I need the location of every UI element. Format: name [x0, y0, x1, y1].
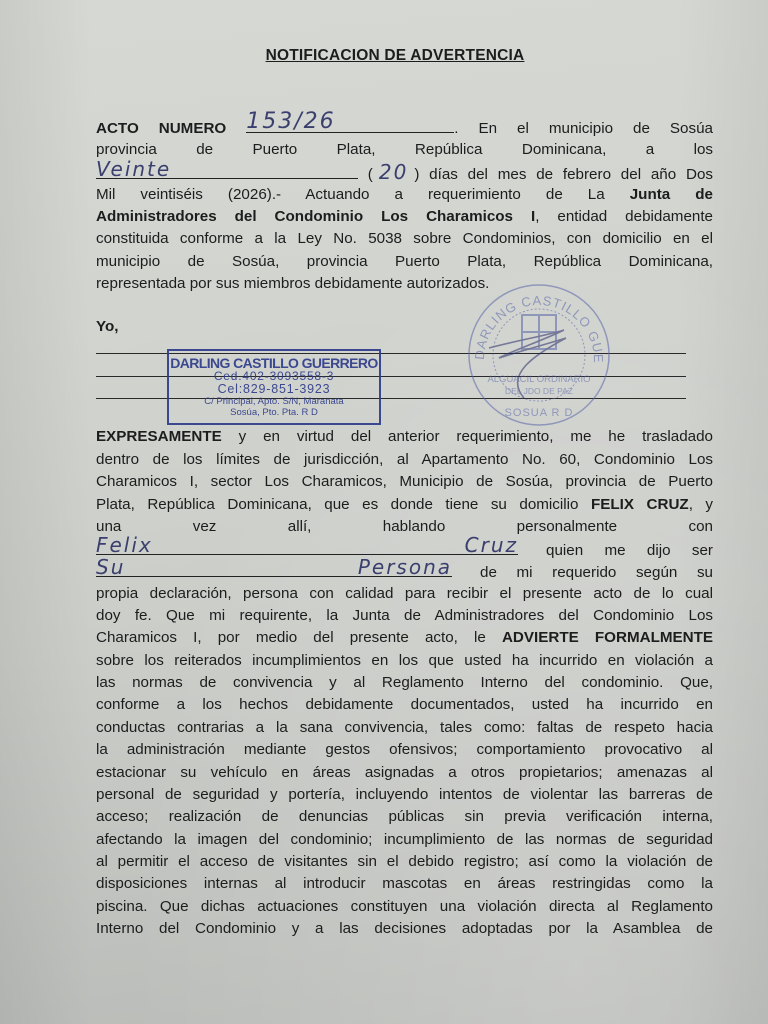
- doc-line: Interno del Condominio y a las decisione…: [96, 918, 713, 940]
- doc-line: Mil veintiséis (2026).- Actuando a reque…: [96, 184, 713, 206]
- svg-text:DEL JDO DE PAZ: DEL JDO DE PAZ: [505, 386, 573, 396]
- doc-line: sobre los reiterados incumplimientos en …: [96, 650, 713, 672]
- stamp-address-1: C/ Principal, Apto. S/N, Maranata: [169, 396, 379, 407]
- acto-label: ACTO NUMERO: [96, 120, 226, 137]
- doc-line: EXPRESAMENTE y en virtud del anterior re…: [96, 426, 713, 448]
- recipient-handwritten: Felix Cruz: [96, 534, 518, 556]
- doc-line: afectando la imagen del condominio; incu…: [96, 829, 713, 851]
- doc-line: constituida conforme a la Ley No. 5038 s…: [96, 228, 713, 250]
- day-number-handwritten: 20: [373, 161, 414, 183]
- stamp-cel: Cel:829-851-3923: [169, 383, 379, 396]
- doc-text: y en virtud del anterior requerimiento, …: [222, 428, 713, 445]
- doc-line: disposiciones internas al introducir mas…: [96, 873, 713, 895]
- day-words-field: Veinte: [96, 162, 358, 179]
- doc-text: , y: [689, 496, 713, 513]
- doc-text: , entidad debidamente: [535, 208, 713, 225]
- doc-line: estacionar su vehículo en áreas asignada…: [96, 762, 713, 784]
- relation-handwritten: Su Persona: [96, 556, 452, 578]
- doc-line: personal de seguridad y portería, incluy…: [96, 784, 713, 806]
- doc-line: municipio de Sosúa, provincia Puerto Pla…: [96, 251, 713, 273]
- stamp-address-2: Sosúa, Pto. Pta. R D: [169, 407, 379, 418]
- doc-line: al permitir el acceso de visitantes sin …: [96, 851, 713, 873]
- day-words-handwritten: Veinte: [96, 158, 358, 180]
- acto-line: ACTO NUMERO 153/26. En el municipio de S…: [96, 116, 713, 138]
- doc-line: Charamicos I, sector Los Charamicos, Mun…: [96, 471, 713, 493]
- doc-text: Charamicos I, por medio del presente act…: [96, 629, 502, 646]
- document-title: NOTIFICACION DE ADVERTENCIA: [0, 47, 768, 65]
- svg-text:ALGUACIL ORDINARIO: ALGUACIL ORDINARIO: [487, 374, 590, 385]
- doc-bold-text: ADVIERTE FORMALMENTE: [502, 629, 713, 646]
- doc-line: Plata, República Dominicana, que es dond…: [96, 494, 713, 516]
- acto-number-field: 153/26: [246, 116, 454, 133]
- doc-text: Plata, República Dominicana, que es dond…: [96, 496, 591, 513]
- doc-bold-text: EXPRESAMENTE: [96, 428, 222, 445]
- doc-line: dentro de los límites de jurisdicción, a…: [96, 449, 713, 471]
- official-seal-icon: DARLING CASTILLO GUERRERO ALGUACIL ORDIN…: [464, 280, 614, 430]
- doc-line: acceso; realización de denuncias pública…: [96, 806, 713, 828]
- acto-line-text: . En el municipio de Sosúa: [454, 120, 713, 137]
- relation-field: Su Persona: [96, 560, 452, 577]
- yo-label: Yo,: [96, 318, 119, 335]
- recipient-name: FELIX CRUZ: [591, 496, 689, 513]
- date-line-text: ) días del mes de febrero del año Dos: [414, 166, 713, 183]
- doc-bold-text: Administradores del Condominio Los Chara…: [96, 208, 535, 225]
- doc-line: Administradores del Condominio Los Chara…: [96, 206, 713, 228]
- relation-line: Su Personade mi requerido según su: [96, 560, 713, 582]
- doc-line: conductas contrarias a la sana convivenc…: [96, 717, 713, 739]
- doc-line: doy fe. Que mi requirente, la Junta de A…: [96, 605, 713, 627]
- doc-line: Charamicos I, por medio del presente act…: [96, 627, 713, 649]
- doc-line: propia declaración, persona con calidad …: [96, 583, 713, 605]
- svg-text:SOSUA R D: SOSUA R D: [505, 407, 574, 419]
- bailiff-stamp: DARLING CASTILLO GUERRERO Ced.402-309355…: [167, 349, 381, 425]
- doc-line: conforme a los hechos debidamente docume…: [96, 694, 713, 716]
- doc-text: de mi requerido según su: [480, 564, 713, 581]
- doc-text: quien me dijo ser: [546, 542, 713, 559]
- acto-number-handwritten: 153/26: [246, 111, 454, 133]
- doc-bold-text: Junta de: [630, 186, 713, 203]
- doc-line: la administración mediante gestos ofensi…: [96, 739, 713, 761]
- recipient-field: Felix Cruz: [96, 538, 518, 555]
- doc-line: representada por sus miembros debidament…: [96, 273, 713, 295]
- doc-line: piscina. Que dichas actuaciones constitu…: [96, 896, 713, 918]
- doc-text: Mil veintiséis (2026).- Actuando a reque…: [96, 186, 630, 203]
- date-line: Veinte (20) días del mes de febrero del …: [96, 161, 713, 183]
- doc-line: las normas de convivencia y al Reglament…: [96, 672, 713, 694]
